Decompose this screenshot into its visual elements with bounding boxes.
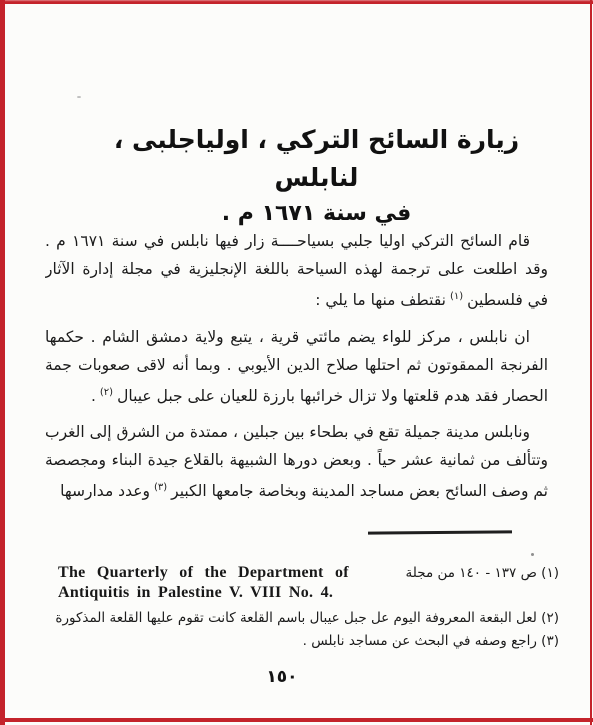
frame-border-right: [590, 0, 592, 725]
article-title: زيارة السائح التركي ، اولياجلبى ، لنابلس…: [70, 121, 563, 231]
text-line: ثم وصف السائح بعض مساجد المدينة وبخاصة ج…: [45, 474, 548, 502]
text-line: في فلسطين(١)نقتطف منها ما يلي :: [45, 283, 548, 311]
footnote-1: (١) ص ١٣٧ - ١٤٠ من مجلة The Quarterly of…: [58, 562, 559, 584]
paragraph-2: ان نابلس ، مركز للواء يضم مائتي قرية ، ي…: [45, 323, 548, 407]
text-segment: الحصار فقد هدم قلعتها ولا تزال خرائبها ب…: [117, 387, 548, 405]
footnote-ref-2: (٢): [100, 387, 113, 398]
text-segment: وعدد مدارسها: [60, 482, 150, 500]
frame-border-top: [0, 0, 593, 4]
footnote-ref-3: (٣): [154, 482, 167, 493]
footnote-3: (٣) راجع وصفه في البحث عن مساجد نابلس .: [303, 630, 559, 652]
text-line: الفرنجة الممقوتون ثم احتلها صلاح الدين ا…: [45, 351, 548, 379]
footnote-2: (٢) لعل البقعة المعروفة اليوم عل جبل عيب…: [55, 607, 559, 629]
footnote-1-english-line2: Antiquitis in Palestine V. VIII No. 4.: [58, 584, 333, 602]
article-title-line1: زيارة السائح التركي ، اولياجلبى ، لنابلس: [70, 121, 563, 197]
text-segment: .: [91, 387, 96, 405]
footnote-1-english-line1: The Quarterly of the Department of: [58, 562, 349, 584]
page-number: ١٥٠: [252, 667, 312, 687]
paragraph-1: قام السائح التركي اوليا جلبي بسياحــــة …: [45, 227, 548, 311]
text-line: ان نابلس ، مركز للواء يضم مائتي قرية ، ي…: [45, 323, 548, 351]
text-segment: في فلسطين: [467, 291, 548, 309]
text-line: الحصار فقد هدم قلعتها ولا تزال خرائبها ب…: [45, 379, 548, 407]
text-line: قام السائح التركي اوليا جلبي بسياحــــة …: [45, 227, 548, 255]
text-line: وقد اطلعت على ترجمة لهذه السياحة باللغة …: [45, 255, 548, 283]
footnote-ref-1: (١): [450, 291, 463, 302]
scanned-book-page: زيارة السائح التركي ، اولياجلبى ، لنابلس…: [0, 0, 593, 725]
text-segment: نقتطف منها ما يلي :: [315, 291, 446, 309]
frame-border-bottom: [0, 718, 593, 722]
footnote-separator-line: [368, 530, 512, 534]
text-line: وتتألف من ثمانية عشر حياً . وبعض دورها ا…: [45, 446, 548, 474]
frame-border-left: [0, 0, 5, 725]
text-segment: ثم وصف السائح بعض مساجد المدينة وبخاصة ج…: [171, 482, 548, 500]
scan-speck: [77, 96, 81, 98]
article-title-line2: في سنة ١٦٧١ م .: [70, 197, 563, 231]
scan-speck: [531, 553, 534, 556]
paragraph-3: ونابلس مدينة جميلة تقع في بطحاء بين جبلي…: [45, 418, 548, 502]
footnote-1-arabic: (١) ص ١٣٧ - ١٤٠ من مجلة: [406, 562, 559, 584]
text-line: ونابلس مدينة جميلة تقع في بطحاء بين جبلي…: [45, 418, 548, 446]
